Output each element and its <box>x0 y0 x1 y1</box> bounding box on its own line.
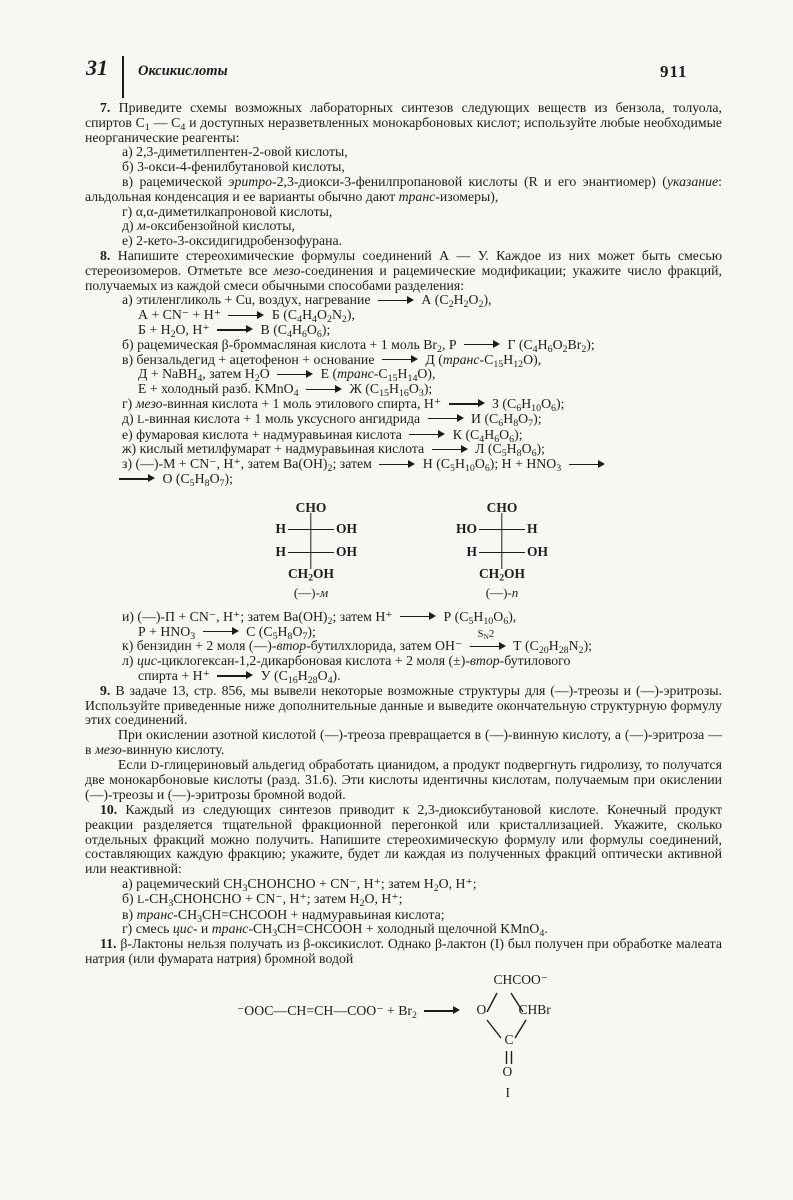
fischer-projection-p: CHO HO H H OH CH2OH (—)-п <box>442 500 562 601</box>
substituent-left: H <box>253 544 288 560</box>
fischer-projection-m: CHO H OH H OH CH2OH (—)-м <box>251 500 371 601</box>
problem-8-intro: 8. Напишите стереохимические формулы сое… <box>85 249 722 293</box>
fischer-body: HO H H OH <box>442 518 562 564</box>
problem-10-item-g: г) смесь цис- и транс-CH3CH=CHCOOH + хол… <box>85 922 722 937</box>
problem-7-item-v: в) рацемической эритро-2,3-диокси-3-фени… <box>85 175 722 205</box>
equation-line: Р + HNO3 С (C5H8O7); <box>85 625 722 640</box>
lactone-reaction-scheme: ⁻OOC—CH=CH—COO⁻ + Br2 CHCOO⁻ O CHBr C O … <box>237 972 722 1100</box>
equation-line: д) L-винная кислота + 1 моль уксусного а… <box>85 412 722 428</box>
problem-9-para-3: Если D-глицериновый альдегид обработать … <box>85 758 722 803</box>
fischer-horizontal-bond <box>479 529 525 530</box>
problem-7-item-a: а) 2,3-диметилпентен-2-овой кислоты, <box>85 145 722 160</box>
fischer-row: H OH <box>251 541 371 564</box>
ring-top-group: CHCOO⁻ <box>493 972 547 988</box>
problem-9-para-2: При окислении азотной кислотой (—)-треоз… <box>85 728 722 758</box>
equation-line: л) цис-циклогексан-1,2-дикарбоновая кисл… <box>85 654 722 669</box>
structure-label: (—)-п <box>442 585 562 601</box>
equation-line: в) бензальдегид + ацетофенон + основание… <box>85 353 722 368</box>
lactone-ring-bonds <box>468 972 593 1100</box>
equation-line: к) бензидин + 2 моля (—)-втор-бутилхлори… <box>85 639 722 654</box>
substituent-right: H <box>525 521 560 537</box>
equation-line: и) (—)-П + CN⁻, H⁺; затем Ba(OH)2; затем… <box>85 610 722 625</box>
equation-line: О (C5H8O7); <box>85 472 722 487</box>
ring-carbonyl-carbon: C <box>504 1032 513 1048</box>
problem-7-item-e: е) 2-кето-3-оксидигидробензофурана. <box>85 234 722 249</box>
ring-right-group: CHBr <box>518 1002 550 1018</box>
equation-line: Б + H2O, H⁺ В (C4H6O6); <box>85 323 722 338</box>
substituent-left: HO <box>444 521 479 537</box>
ring-oxygen: O <box>476 1002 486 1018</box>
fischer-row: HO H <box>442 518 562 541</box>
problem-9-intro: 9. В задаче 13, стр. 856, мы вывели неко… <box>85 684 722 728</box>
equation-line: А + CN⁻ + H⁺ Б (C4H4O2N2), <box>85 308 722 323</box>
header-divider <box>122 56 124 98</box>
equation-line: а) этиленгликоль + Cu, воздух, нагревани… <box>85 293 722 308</box>
problem-11-intro: 11. β-Лактоны нельзя получать из β-оксик… <box>85 937 722 967</box>
fischer-horizontal-bond <box>479 552 525 553</box>
reaction-left-side: ⁻OOC—CH=CH—COO⁻ + Br2 <box>237 1003 464 1100</box>
equation-line: б) рацемическая β-броммасляная кислота +… <box>85 338 722 353</box>
fischer-projections: CHO H OH H OH CH2OH (—)-м <box>251 500 722 601</box>
carbonyl-oxygen: O <box>502 1064 512 1080</box>
fischer-body: H OH H OH <box>251 518 371 564</box>
substituent-right: OH <box>334 544 369 560</box>
fischer-row: H OH <box>442 541 562 564</box>
problem-7-item-g: г) α,α-диметилкапроновой кислоты, <box>85 205 722 220</box>
equation-line: г) мезо-винная кислота + 1 моль этиловог… <box>85 397 722 412</box>
problem-7-item-b: б) 3-окси-4-фенилбутановой кислоты, <box>85 160 722 175</box>
equation-line: Д + NaBH4, затем H2O Е (транс-C15H14O), <box>85 367 722 382</box>
substituent-left: H <box>444 544 479 560</box>
compound-label-I: I <box>505 1085 510 1101</box>
equation-line: Е + холодный разб. KMnO4 Ж (C15H16O3); <box>85 382 722 397</box>
problem-10-item-a: а) рацемический CH3CHOHCHO + CN⁻, H⁺; за… <box>85 877 722 892</box>
book-page-scan: 31 Оксикислоты 911 7. Приведите схемы во… <box>0 0 793 1200</box>
beta-lactone-structure: CHCOO⁻ O CHBr C O I <box>468 972 593 1100</box>
chapter-title: Оксикислоты <box>138 63 228 80</box>
page-content: 7. Приведите схемы возможных лабораторны… <box>85 101 722 1100</box>
structure-label: (—)-м <box>251 585 371 601</box>
fischer-row: H OH <box>251 518 371 541</box>
substituent-right: OH <box>525 544 560 560</box>
problem-10-item-v: в) транс-CH3CH=CHCOOH + надмуравьиная ки… <box>85 908 722 923</box>
page-number: 911 <box>660 62 688 82</box>
problem-10-intro: 10. Каждый из следующих синтезов приводи… <box>85 803 722 877</box>
fischer-horizontal-bond <box>288 529 334 530</box>
problem-7-intro: 7. Приведите схемы возможных лабораторны… <box>85 101 722 145</box>
substituent-left: H <box>253 521 288 537</box>
equation-line: е) фумаровая кислота + надмуравьиная кис… <box>85 428 722 443</box>
problem-10-item-b: б) L-CH3CHOHCHO + CN⁻, H⁺; затем H2O, H⁺… <box>85 892 722 908</box>
fischer-horizontal-bond <box>288 552 334 553</box>
substituent-right: OH <box>334 521 369 537</box>
chapter-number: 31 <box>86 55 108 81</box>
equation-line: з) (—)-М + CN⁻, H⁺, затем Ba(OH)2; затем… <box>85 457 722 472</box>
equation-line: спирта + H⁺ У (C16H28O4). <box>85 669 722 684</box>
problem-7-item-d: д) м-оксибензойной кислоты, <box>85 219 722 234</box>
equation-line: ж) кислый метилфумарат + надмуравьиная к… <box>85 442 722 457</box>
